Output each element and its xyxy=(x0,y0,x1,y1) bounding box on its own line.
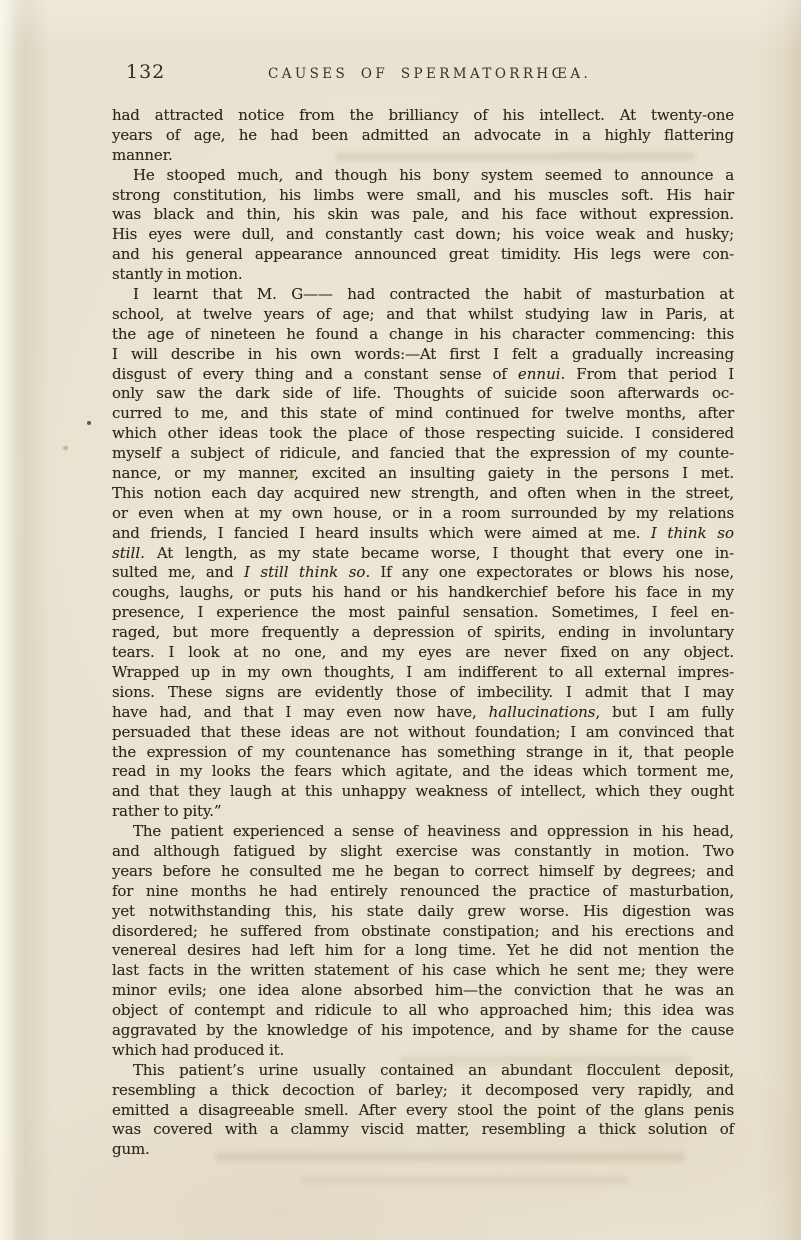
text-line: venereal desires had left him for a long… xyxy=(112,941,734,961)
text-line: strong constitution, his limbs were smal… xyxy=(112,186,734,206)
text-line: persuaded that these ideas are not witho… xyxy=(112,723,734,743)
text-line: the age of nineteen he found a change in… xyxy=(112,325,734,345)
text-line: myself a subject of ridicule, and fancie… xyxy=(112,444,734,464)
text-line: Wrapped up in my own thoughts, I am indi… xyxy=(112,663,734,683)
text-line: I learnt that M. G—— had contracted the … xyxy=(112,285,734,305)
text-line: sions. These signs are evidently those o… xyxy=(112,683,734,703)
text-line: still. At length, as my state became wor… xyxy=(112,544,734,564)
text-line: only saw the dark side of life. Thoughts… xyxy=(112,384,734,404)
red-speck xyxy=(63,446,68,450)
text-line: presence, I experience the most painful … xyxy=(112,603,734,623)
text-line: sulted me, and I still think so. If any … xyxy=(112,563,734,583)
text-line: aggravated by the knowledge of his impot… xyxy=(112,1021,734,1041)
text-line: He stooped much, and though his bony sys… xyxy=(112,166,734,186)
text-line: and friends, I fancied I heard insults w… xyxy=(112,524,734,544)
text-line: object of contempt and ridicule to all w… xyxy=(112,1001,734,1021)
text-line: for nine months he had entirely renounce… xyxy=(112,882,734,902)
book-page: 132 CAUSES OF SPERMATORRHŒA. had attract… xyxy=(0,0,801,1240)
text-line: gum. xyxy=(112,1140,734,1160)
text-line: was covered with a clammy viscid matter,… xyxy=(112,1120,734,1140)
text-line: and although fatigued by slight exercise… xyxy=(112,842,734,862)
text-line: was black and thin, his skin was pale, a… xyxy=(112,205,734,225)
text-line: last facts in the written statement of h… xyxy=(112,961,734,981)
text-line: had attracted notice from the brilliancy… xyxy=(112,106,734,126)
text-line: nance, or my manner, excited an insultin… xyxy=(112,464,734,484)
text-line: read in my looks the fears which agitate… xyxy=(112,762,734,782)
page-text: had attracted notice from the brilliancy… xyxy=(112,106,734,1160)
text-line: coughs, laughs, or puts his hand or his … xyxy=(112,583,734,603)
page-number: 132 xyxy=(126,61,165,83)
text-line: raged, but more frequently a depression … xyxy=(112,623,734,643)
text-line: or even when at my own house, or in a ro… xyxy=(112,504,734,524)
show-through-smudge xyxy=(300,1176,630,1185)
text-line: rather to pity.” xyxy=(112,802,734,822)
text-line: which had produced it. xyxy=(112,1041,734,1061)
text-line: yet notwithstanding this, his state dail… xyxy=(112,902,734,922)
text-line: I will describe in his own words:—At fir… xyxy=(112,345,734,365)
text-line: The patient experienced a sense of heavi… xyxy=(112,822,734,842)
text-line: and his general appearance announced gre… xyxy=(112,245,734,265)
text-line: tears. I look at no one, and my eyes are… xyxy=(112,643,734,663)
text-line: years before he consulted me he began to… xyxy=(112,862,734,882)
running-title: CAUSES OF SPERMATORRHŒA. xyxy=(268,66,591,82)
text-line: the expression of my countenance has som… xyxy=(112,743,734,763)
text-line: manner. xyxy=(112,146,734,166)
text-line: This patient’s urine usually contained a… xyxy=(112,1061,734,1081)
text-line: curred to me, and this state of mind con… xyxy=(112,404,734,424)
text-line: minor evils; one idea alone absorbed him… xyxy=(112,981,734,1001)
text-line: emitted a disagreeable smell. After ever… xyxy=(112,1101,734,1121)
ink-speck xyxy=(87,421,91,425)
text-line: years of age, he had been admitted an ad… xyxy=(112,126,734,146)
text-line: disgust of every thing and a constant se… xyxy=(112,365,734,385)
text-line: school, at twelve years of age; and that… xyxy=(112,305,734,325)
text-line: This notion each day acquired new streng… xyxy=(112,484,734,504)
text-line: disordered; he suffered from obstinate c… xyxy=(112,922,734,942)
text-line: resembling a thick decoction of barley; … xyxy=(112,1081,734,1101)
text-line: stantly in motion. xyxy=(112,265,734,285)
text-line: have had, and that I may even now have, … xyxy=(112,703,734,723)
text-line: which other ideas took the place of thos… xyxy=(112,424,734,444)
text-line: and that they laugh at this unhappy weak… xyxy=(112,782,734,802)
text-line: His eyes were dull, and constantly cast … xyxy=(112,225,734,245)
